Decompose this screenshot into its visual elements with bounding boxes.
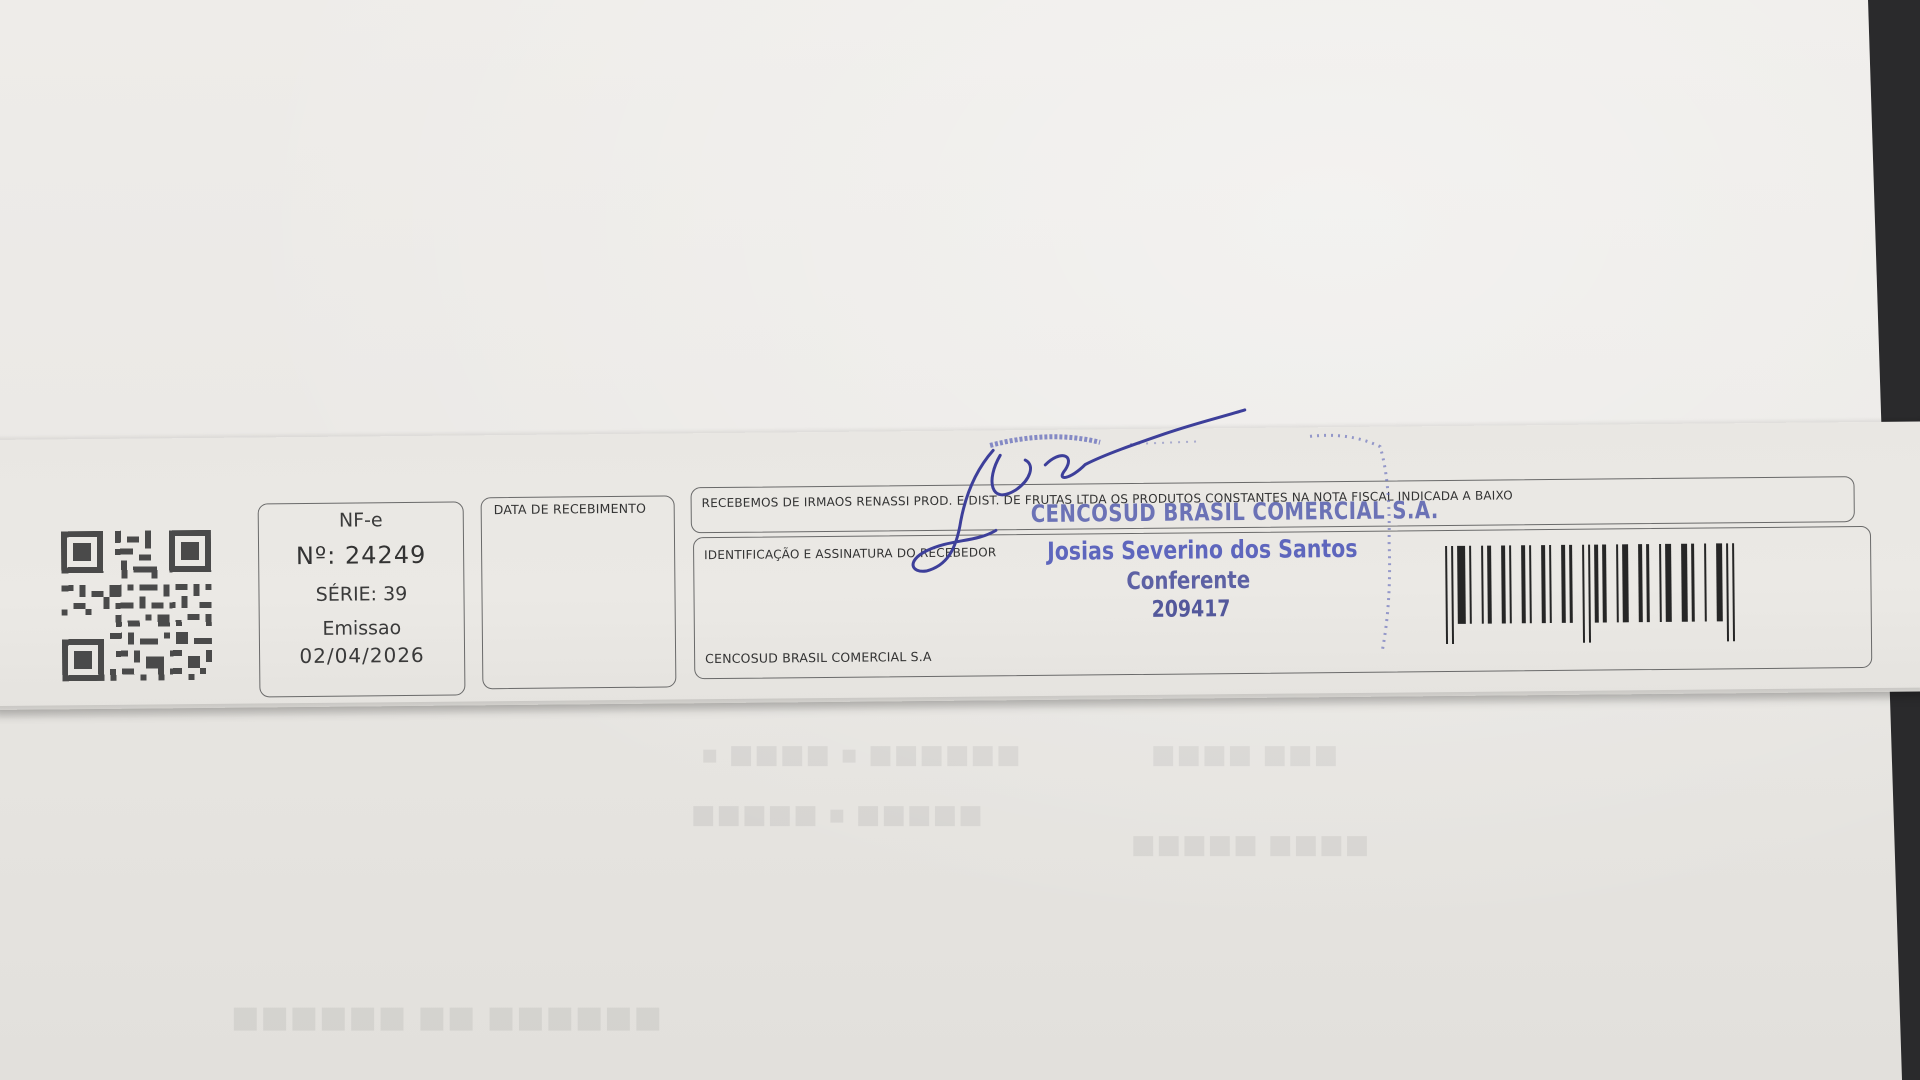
emission-label: Emissao [260, 616, 464, 640]
barcode-icon [1443, 534, 1824, 648]
bleed-through-text: ■■■■■ ▪ ■■■■■ [690, 800, 983, 830]
receiver-label: IDENTIFICAÇÃO E ASSINATURA DO RECEBEDOR [704, 545, 996, 562]
receiver-company: CENCOSUD BRASIL COMERCIAL S.A [705, 649, 932, 666]
nfe-serie: SÉRIE: 39 [259, 582, 463, 606]
emission-date: 02/04/2026 [260, 642, 464, 668]
nfe-number: Nº: 24249 [259, 540, 463, 570]
receipt-date-field[interactable]: DATA DE RECEBIMENTO [481, 495, 677, 689]
receipt-date-label: DATA DE RECEBIMENTO [494, 501, 647, 517]
stamp-company: CENCOSUD BRASIL COMERCIAL S.A. [1031, 496, 1439, 528]
bleed-through-text: ■■■■ ■■■■■ [1130, 830, 1369, 860]
receipt-stub: NF-e Nº: 24249 SÉRIE: 39 Emissao 02/04/2… [0, 421, 1920, 710]
qr-code-icon [61, 530, 212, 681]
stamp-code: 209417 [1152, 596, 1231, 623]
stamp-person: Josias Severino dos Santos [1047, 534, 1358, 566]
nfe-info-box: NF-e Nº: 24249 SÉRIE: 39 Emissao 02/04/2… [258, 501, 466, 697]
nfe-title: NF-e [259, 508, 463, 532]
bleed-through-text: ■■■ ■■■■ [1150, 740, 1338, 770]
bleed-through-text: ■■■■■■ ▪ ■■■■ ▪ [700, 740, 1021, 770]
stamp-role: Conferente [1126, 566, 1250, 595]
bleed-through-text: ■■■■■■ ■■ ■■■■■■ [230, 1000, 662, 1035]
